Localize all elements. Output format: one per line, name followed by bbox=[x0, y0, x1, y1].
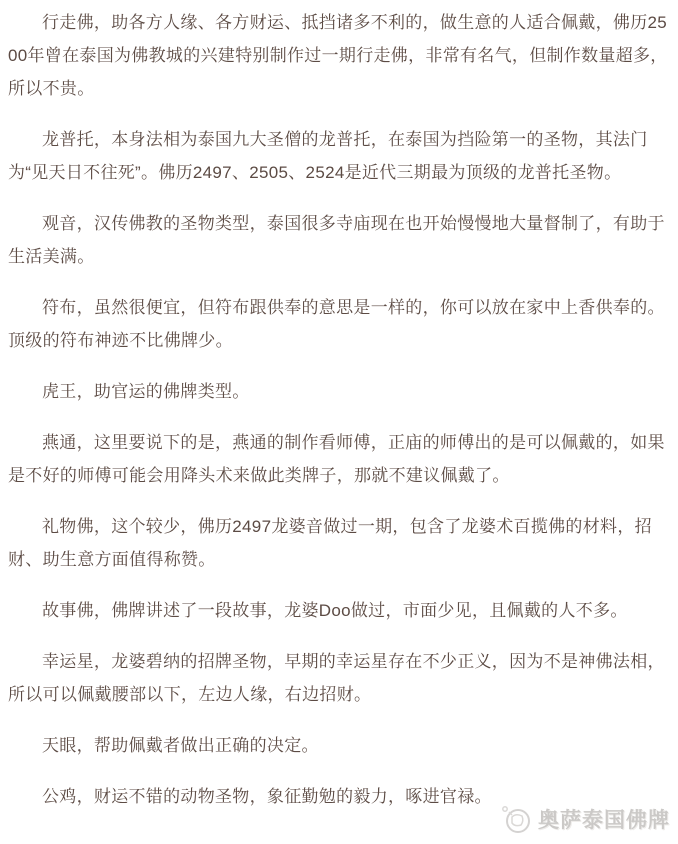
paragraph-story-buddha: 故事佛，佛牌讲述了一段故事，龙婆Doo做过，市面少见，且佩戴的人不多。 bbox=[8, 594, 670, 627]
paragraph-gift-buddha: 礼物佛，这个较少，佛历2497龙婆音做过一期，包含了龙婆术百揽佛的材料，招财、助… bbox=[8, 510, 670, 576]
paragraph-guanyin: 观音，汉传佛教的圣物类型，泰国很多寺庙现在也开始慢慢地大量督制了，有助于生活美满… bbox=[8, 207, 670, 273]
paragraph-lucky-star: 幸运星，龙婆碧纳的招牌圣物，早期的幸运星存在不少正义，因为不是神佛法相，所以可以… bbox=[8, 645, 670, 711]
paragraph-yantong: 燕通，这里要说下的是，燕通的制作看师傅，正庙的师傅出的是可以佩戴的，如果是不好的… bbox=[8, 426, 670, 492]
paragraph-fubu-cloth: 符布，虽然很便宜，但符布跟供奉的意思是一样的，你可以放在家中上香供奉的。顶级的符… bbox=[8, 291, 670, 357]
article-body: 行走佛，助各方人缘、各方财运、抵挡诸多不利的，做生意的人适合佩戴，佛历2500年… bbox=[0, 0, 678, 813]
paragraph-longputo: 龙普托，本身法相为泰国九大圣僧的龙普托，在泰国为挡险第一的圣物，其法门为“见天日… bbox=[8, 123, 670, 189]
paragraph-walking-buddha: 行走佛，助各方人缘、各方财运、抵挡诸多不利的，做生意的人适合佩戴，佛历2500年… bbox=[8, 6, 670, 105]
paragraph-third-eye: 天眼，帮助佩戴者做出正确的决定。 bbox=[8, 729, 670, 762]
paragraph-rooster: 公鸡，财运不错的动物圣物，象征勤勉的毅力，啄进官禄。 bbox=[8, 780, 670, 813]
paragraph-tiger-king: 虎王，助官运的佛牌类型。 bbox=[8, 375, 670, 408]
